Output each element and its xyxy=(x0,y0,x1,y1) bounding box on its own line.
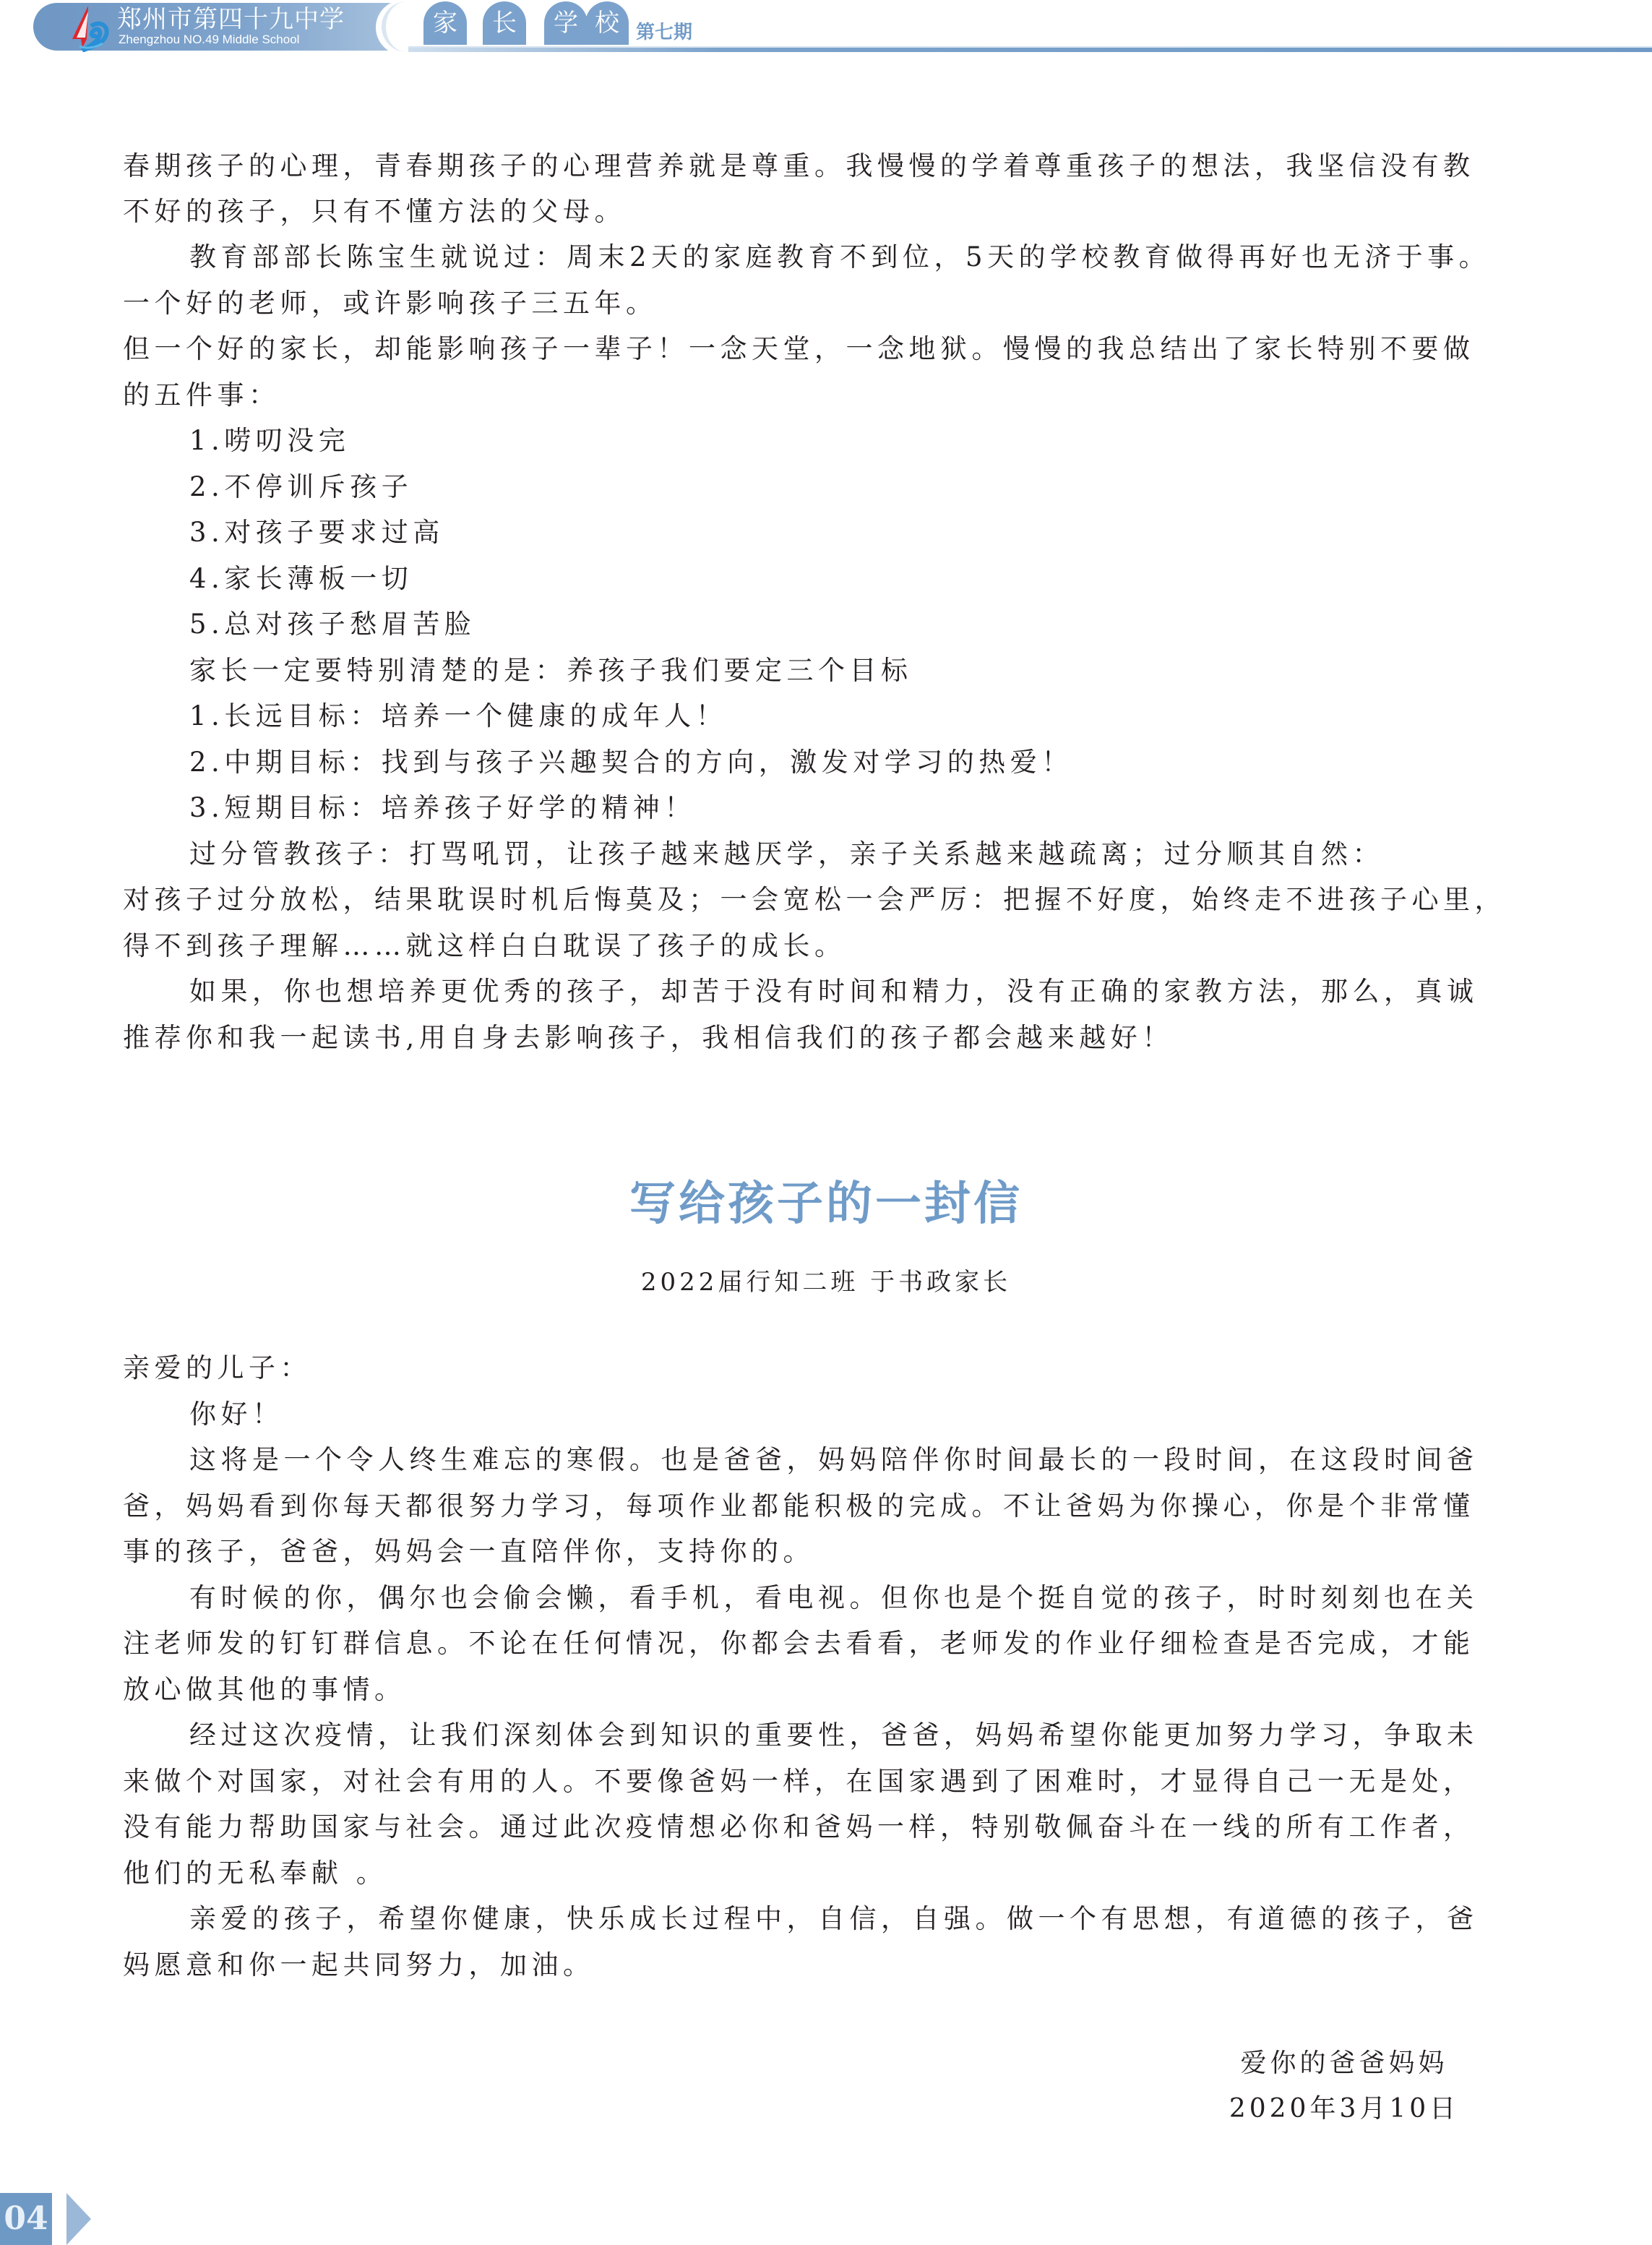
list-item: 3.对孩子要求过高 xyxy=(189,515,444,551)
paragraph-line: 这将是一个令人终生难忘的寒假。也是爸爸，妈妈陪伴你时间最长的一段时间，在这段时间… xyxy=(189,1442,1479,1478)
paragraph-line: 但一个好的家长，却能影响孩子一辈子！一念天堂，一念地狱。慢慢的我总结出了家长特别… xyxy=(123,331,1475,367)
school-49-logo-icon xyxy=(66,4,113,52)
list-item: 5.总对孩子愁眉苦脸 xyxy=(189,606,476,643)
header-rule xyxy=(408,48,1652,52)
issue-label: 第七期 xyxy=(636,20,692,45)
paragraph-line: 经过这次疫情，让我们深刻体会到知识的重要性，爸爸，妈妈希望你能更加努力学习，争取… xyxy=(189,1717,1479,1753)
page-header: 郑州市第四十九中学 Zhengzhou NO.49 Middle School … xyxy=(0,0,1652,58)
paragraph-line: 妈愿意和你一起共同努力，加油。 xyxy=(123,1947,595,1983)
goal-item: 2.中期目标：找到与孩子兴趣契合的方向，激发对学习的热爱！ xyxy=(189,744,1073,781)
paragraph-line: 有时候的你，偶尔也会偷会懒，看手机，看电视。但你也是个挺自觉的孩子，时时刻刻也在… xyxy=(189,1580,1479,1616)
letter-date: 2020年3月10日 xyxy=(1200,2092,1489,2126)
paragraph-line: 没有能力帮助国家与社会。通过此次疫情想必你和爸妈一样，特别敬佩奋斗在一线的所有工… xyxy=(123,1809,1475,1845)
paragraph-line: 事的孩子，爸爸，妈妈会一直陪伴你，支持你的。 xyxy=(123,1534,814,1570)
letter-byline: 2022届行知二班 于书政家长 xyxy=(0,1266,1652,1298)
school-name-cn: 郑州市第四十九中学 xyxy=(117,6,345,33)
letter-signature: 爱你的爸爸妈妈 xyxy=(1200,2047,1489,2080)
letter-salutation: 亲爱的儿子： xyxy=(123,1350,311,1386)
column-char-jia: 家 xyxy=(423,1,467,45)
list-item: 4.家长薄板一切 xyxy=(189,561,413,597)
paragraph-line: 他们的无私奉献 。 xyxy=(123,1855,387,1892)
header-divider-arc-stroke xyxy=(382,1,429,52)
goal-item: 1.长远目标：培养一个健康的成年人！ xyxy=(189,698,727,734)
column-char-xiao: 校 xyxy=(585,1,629,45)
letter-title: 写给孩子的一封信 xyxy=(0,1175,1652,1233)
paragraph-line: 春期孩子的心理，青春期孩子的心理营养就是尊重。我慢慢的学着尊重孩子的想法，我坚信… xyxy=(123,148,1475,184)
paragraph-line: 放心做其他的事情。 xyxy=(123,1672,406,1708)
page-arrow-icon xyxy=(66,2193,91,2245)
paragraph-line: 教育部部长陈宝生就说过：周末2天的家庭教育不到位，5天的学校教育做得再好也无济于… xyxy=(189,239,1490,275)
paragraph-line: 来做个对国家，对社会有用的人。不要像爸妈一样，在国家遇到了困难时，才显得自己一无… xyxy=(123,1764,1475,1800)
paragraph-line: 一个好的老师，或许影响孩子三五年。 xyxy=(123,286,658,322)
paragraph-line: 得不到孩子理解……就这样白白耽误了孩子的成长。 xyxy=(123,928,846,964)
list-item: 2.不停训斥孩子 xyxy=(189,469,413,505)
goal-item: 3.短期目标：培养孩子好学的精神！ xyxy=(189,790,696,826)
paragraph-line: 过分管教孩子：打骂吼罚，让孩子越来越厌学，亲子关系越来越疏离；过分顺其自然： xyxy=(189,836,1384,872)
paragraph-line: 的五件事： xyxy=(123,377,280,413)
paragraph-line: 推荐你和我一起读书,用自身去影响孩子，我相信我们的孩子都会越来越好！ xyxy=(123,1020,1174,1056)
school-name-en: Zhengzhou NO.49 Middle School xyxy=(119,33,299,47)
column-char-xue: 学 xyxy=(544,1,588,45)
paragraph-line: 家长一定要特别清楚的是：养孩子我们要定三个目标 xyxy=(189,653,913,689)
paragraph-line: 注老师发的钉钉群信息。不论在任何情况，你都会去看看，老师发的作业仔细检查是否完成… xyxy=(123,1626,1475,1662)
column-char-zhang: 长 xyxy=(483,1,526,45)
letter-greeting: 你好！ xyxy=(189,1396,284,1433)
paragraph-line: 亲爱的孩子，希望你健康，快乐成长过程中，自信，自强。做一个有思想，有道德的孩子，… xyxy=(189,1901,1479,1937)
paragraph-line: 不好的孩子，只有不懂方法的父母。 xyxy=(123,194,626,230)
list-item: 1.唠叨没完 xyxy=(189,423,350,459)
page-number: 04 xyxy=(0,2193,52,2245)
paragraph-line: 对孩子过分放松，结果耽误时机后悔莫及；一会宽松一会严厉：把握不好度，始终走不进孩… xyxy=(123,882,1506,918)
paragraph-line: 爸，妈妈看到你每天都很努力学习，每项作业都能积极的完成。不让爸妈为你操心，你是个… xyxy=(123,1488,1475,1524)
paragraph-line: 如果，你也想培养更优秀的孩子，却苦于没有时间和精力，没有正确的家教方法，那么，真… xyxy=(189,974,1479,1010)
